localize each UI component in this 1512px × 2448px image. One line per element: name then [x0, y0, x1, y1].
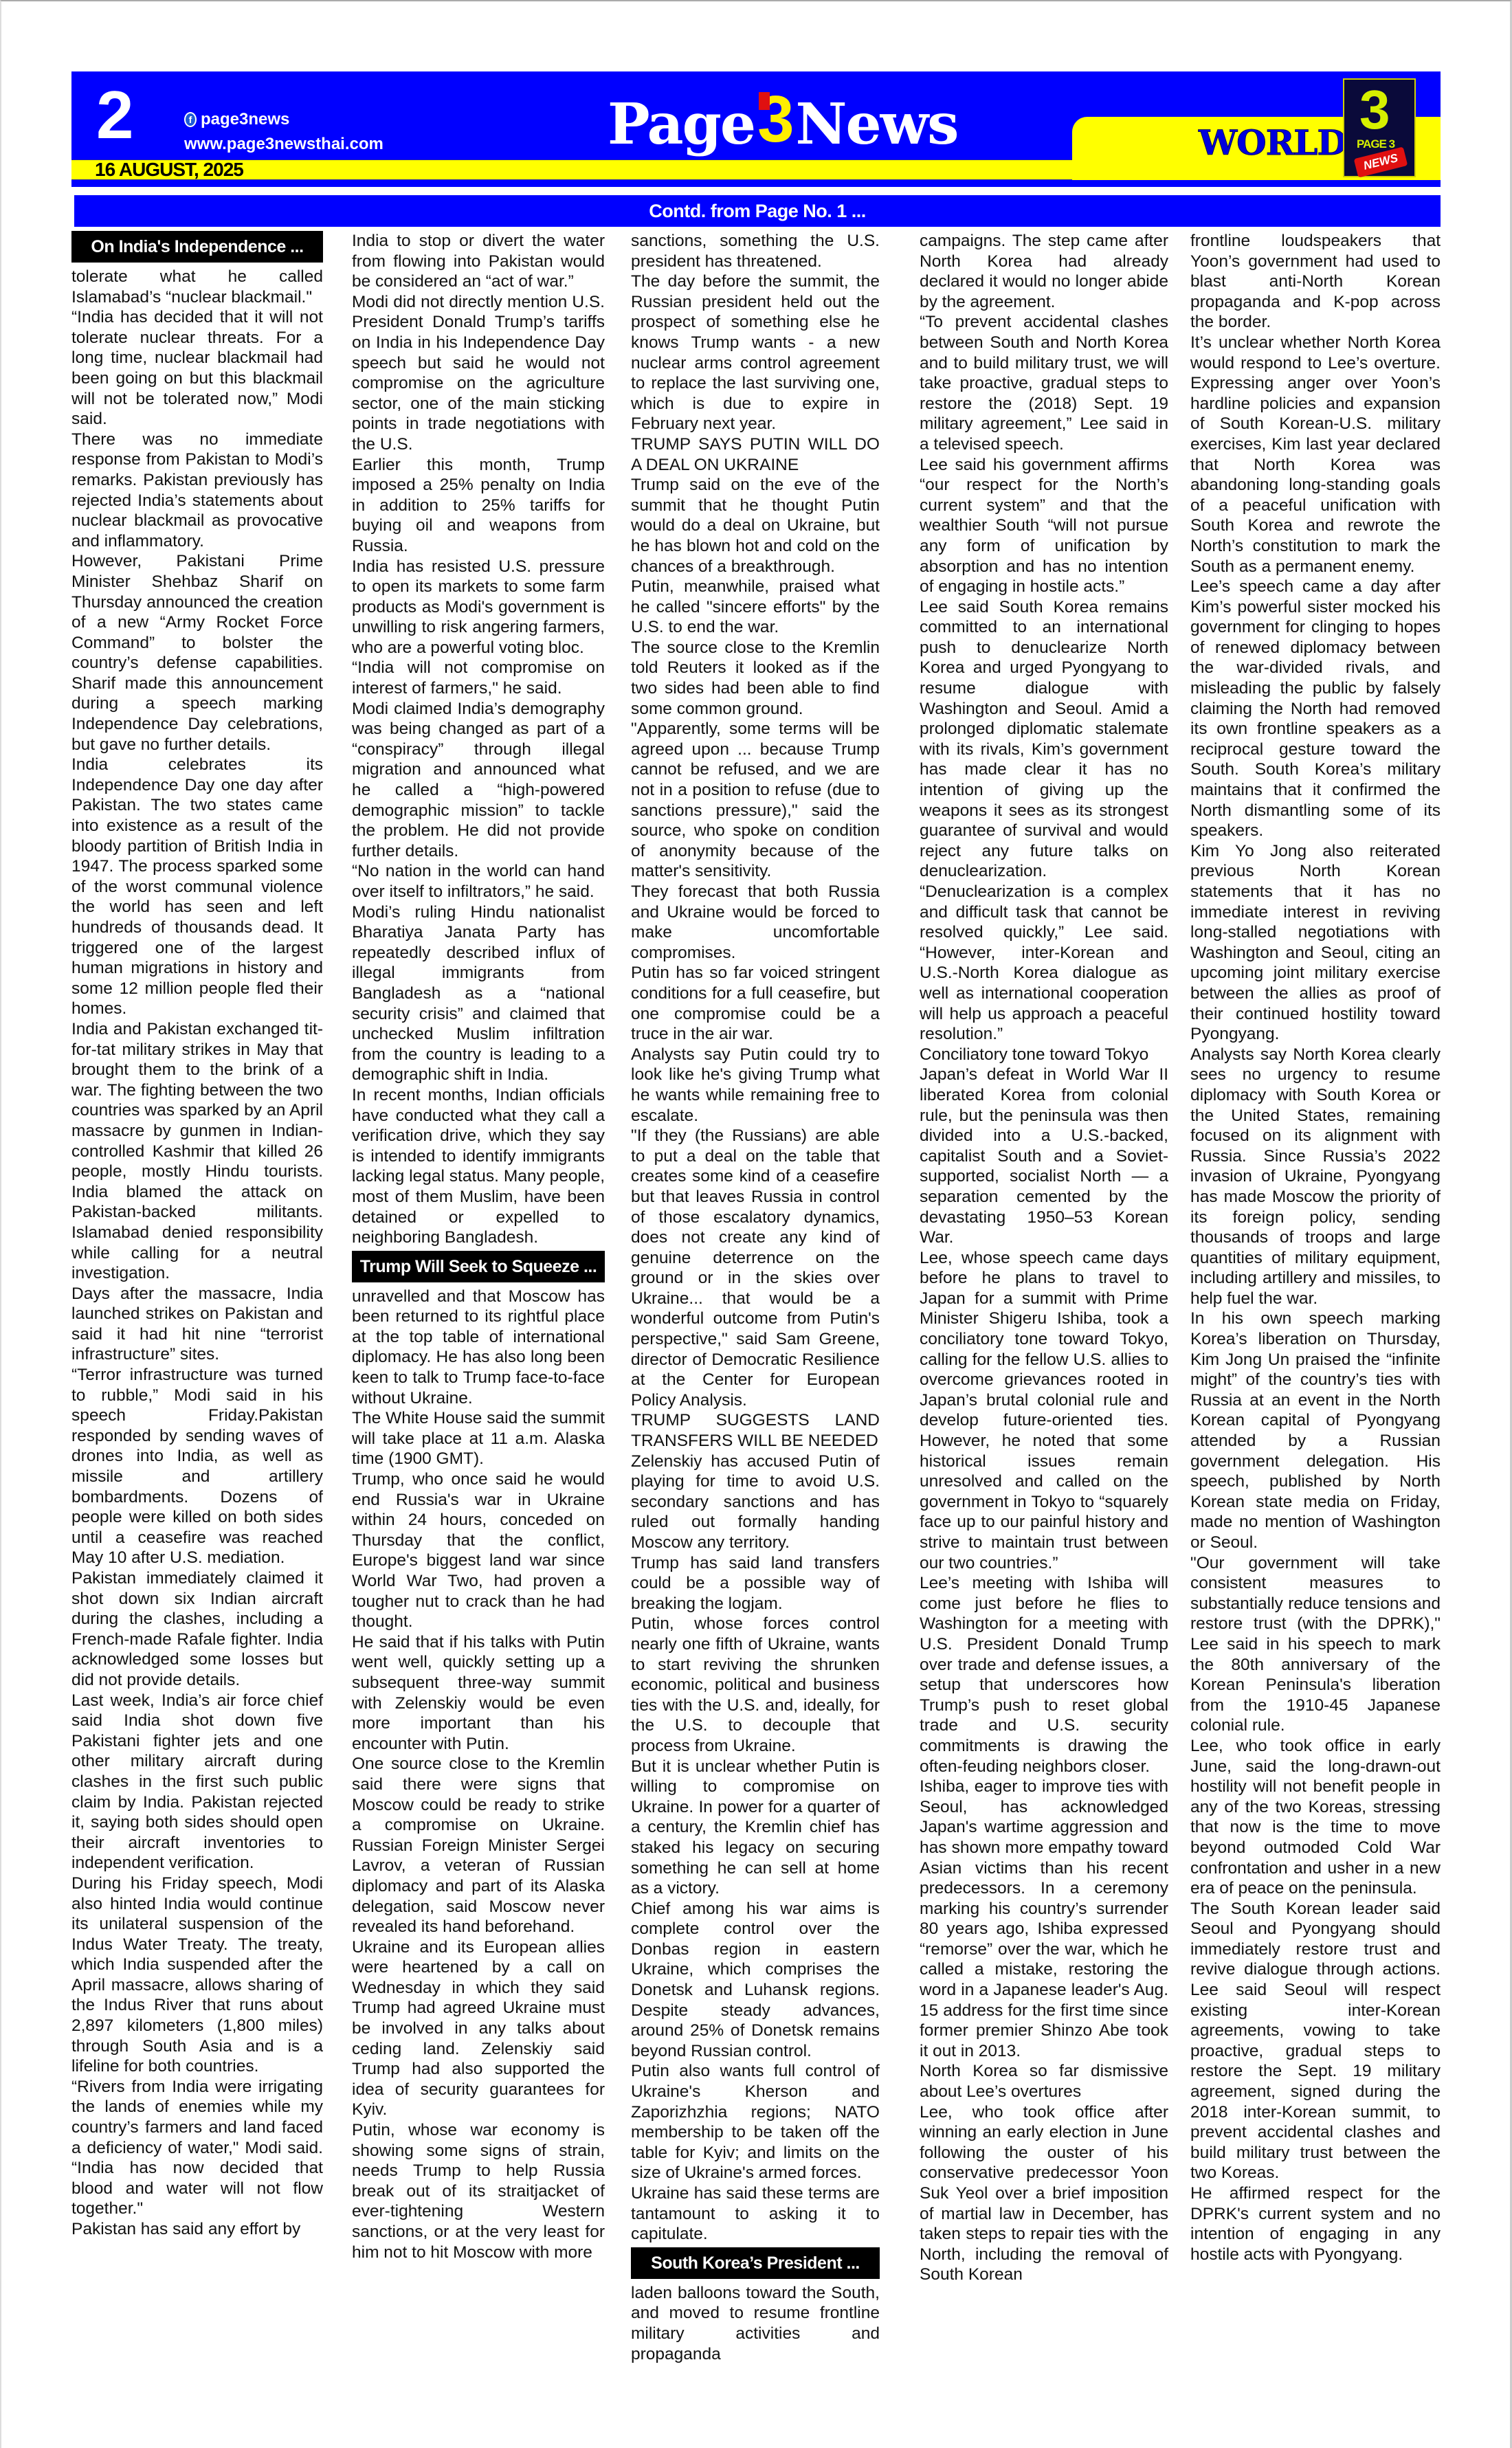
page-number: 2: [96, 81, 134, 148]
newspaper-logo: Page 3 News: [608, 84, 957, 153]
article-paragraph: Zelenskiy has accused Putin of playing f…: [631, 1451, 880, 1553]
logo-number: 3: [757, 87, 792, 153]
article-paragraph: Putin, whose war economy is showing some…: [352, 2120, 605, 2262]
column-1: On India's Independence ... tolerate wha…: [71, 231, 323, 2240]
article-paragraph: Days after the massacre, India launched …: [71, 1284, 323, 1365]
article-paragraph: Trump has said land transfers could be a…: [631, 1553, 880, 1614]
column-3-body: sanctions, something the U.S. president …: [631, 231, 880, 2245]
column-4-body: campaigns. The step came after North Kor…: [920, 231, 1168, 2285]
article-paragraph: Last week, India’s air force chief said …: [71, 1691, 323, 1873]
issue-date: 16 AUGUST, 2025: [95, 159, 243, 180]
badge-news-tag: NEWS: [1354, 146, 1408, 177]
article-paragraph: Ishiba, eager to improve ties with Seoul…: [920, 1777, 1168, 2061]
article-paragraph: They forecast that both Russia and Ukrai…: [631, 882, 880, 963]
article-paragraph: Ukraine has said these terms are tantamo…: [631, 2183, 880, 2245]
article-paragraph: Lee’s speech came a day after Kim’s powe…: [1190, 577, 1441, 841]
column-4: campaigns. The step came after North Kor…: [920, 231, 1168, 2285]
article-paragraph: “Denuclearization is a complex and diffi…: [920, 882, 1168, 1045]
facebook-icon: f: [184, 112, 197, 127]
article-paragraph: frontline loudspeakers that Yoon’s gover…: [1190, 231, 1441, 333]
column-2: India to stop or divert the water from f…: [352, 231, 605, 2262]
facebook-handle: page3news: [201, 111, 289, 128]
article-paragraph: The White House said the summit will tak…: [352, 1408, 605, 1469]
column-3: sanctions, something the U.S. president …: [631, 231, 880, 2364]
article-paragraph: In recent months, Indian officials have …: [352, 1085, 605, 1248]
column-5: frontline loudspeakers that Yoon’s gover…: [1190, 231, 1441, 2265]
article-paragraph: Kim Yo Jong also reiterated previous Nor…: [1190, 841, 1441, 1045]
article-paragraph: Putin has so far voiced stringent condit…: [631, 963, 880, 1044]
column-1-body: tolerate what he called Islamabad’s “nuc…: [71, 267, 323, 2240]
article-paragraph: Chief among his war aims is complete con…: [631, 1899, 880, 2062]
article-paragraph: Conciliatory tone toward Tokyo: [920, 1045, 1168, 1065]
article-paragraph: Pakistan immediately claimed it shot dow…: [71, 1568, 323, 1691]
article-paragraph: The South Korean leader said Seoul and P…: [1190, 1899, 1441, 2183]
article-paragraph: Modi did not directly mention U.S. Presi…: [352, 292, 605, 455]
article-paragraph: Japan’s defeat in World War II liberated…: [920, 1065, 1168, 1247]
article-paragraph: Lee, who took office after winning an ea…: [920, 2102, 1168, 2285]
article-paragraph: During his Friday speech, Modi also hint…: [71, 1873, 323, 2077]
column-3-body-after: laden balloons toward the South, and mov…: [631, 2283, 880, 2364]
article-paragraph: “India will not compromise on interest o…: [352, 658, 605, 698]
kicker-south-korea-president: South Korea’s President ...: [631, 2247, 880, 2279]
masthead: 2 f page3news www.page3newsthai.com 16 A…: [71, 71, 1441, 187]
article-paragraph: However, Pakistani Prime Minister Shehba…: [71, 551, 323, 755]
badge-label: PAGE 3: [1357, 137, 1394, 151]
article-paragraph: unravelled and that Moscow has been retu…: [352, 1287, 605, 1409]
article-paragraph: Lee’s meeting with Ishiba will come just…: [920, 1573, 1168, 1777]
article-paragraph: tolerate what he called Islamabad’s “nuc…: [71, 267, 323, 307]
article-paragraph: India has resisted U.S. pressure to open…: [352, 557, 605, 658]
article-paragraph: Trump, who once said he would end Russia…: [352, 1469, 605, 1632]
article-paragraph: The day before the summit, the Russian p…: [631, 271, 880, 434]
badge-number: 3: [1359, 82, 1390, 137]
section-label: WORLD: [1199, 122, 1346, 163]
article-paragraph: Putin, meanwhile, praised what he called…: [631, 577, 880, 638]
article-paragraph: Pakistan has said any effort by: [71, 2219, 323, 2240]
article-paragraph: Modi’s ruling Hindu nationalist Bharatiy…: [352, 902, 605, 1085]
article-paragraph: Lee, whose speech came days before he pl…: [920, 1248, 1168, 1574]
article-paragraph: "Our government will take consistent mea…: [1190, 1553, 1441, 1736]
article-paragraph: India and Pakistan exchanged tit-for-tat…: [71, 1019, 323, 1284]
website-link[interactable]: www.page3newsthai.com: [184, 136, 383, 153]
article-paragraph: Lee, who took office in early June, said…: [1190, 1736, 1441, 1899]
article-paragraph: North Korea so far dismissive about Lee’…: [920, 2061, 1168, 2102]
article-paragraph: There was no immediate response from Pak…: [71, 430, 323, 552]
kicker-india-independence: On India's Independence ...: [71, 231, 323, 263]
article-paragraph: In his own speech marking Korea’s libera…: [1190, 1309, 1441, 1553]
article-paragraph: "If they (the Russians) are able to put …: [631, 1126, 880, 1410]
column-5-body: frontline loudspeakers that Yoon’s gover…: [1190, 231, 1441, 2265]
article-paragraph: laden balloons toward the South, and mov…: [631, 2283, 880, 2364]
article-paragraph: Putin, whose forces control nearly one f…: [631, 1614, 880, 1756]
logo-text-news: News: [796, 96, 958, 153]
article-paragraph: It’s unclear whether North Korea would r…: [1190, 333, 1441, 577]
article-paragraph: TRUMP SAYS PUTIN WILL DO A DEAL ON UKRAI…: [631, 434, 880, 475]
article-paragraph: India celebrates its Independence Day on…: [71, 755, 323, 1019]
article-paragraph: Ukraine and its European allies were hea…: [352, 1937, 605, 2120]
article-paragraph: Trump said on the eve of the summit that…: [631, 475, 880, 577]
kicker-trump-squeeze: Trump Will Seek to Squeeze ...: [352, 1251, 605, 1282]
article-paragraph: “Rivers from India were irrigating the l…: [71, 2077, 323, 2219]
article-paragraph: He said that if his talks with Putin wen…: [352, 1632, 605, 1755]
article-paragraph: But it is unclear whether Putin is willi…: [631, 1757, 880, 1899]
article-paragraph: Modi claimed India’s demography was bein…: [352, 699, 605, 862]
article-paragraph: India to stop or divert the water from f…: [352, 231, 605, 292]
column-2-body: India to stop or divert the water from f…: [352, 231, 605, 1248]
article-paragraph: Putin also wants full control of Ukraine…: [631, 2061, 880, 2183]
article-paragraph: Lee said South Korea remains committed t…: [920, 597, 1168, 882]
article-paragraph: “Terror infrastructure was turned to rub…: [71, 1365, 323, 1568]
column-2-body-after: unravelled and that Moscow has been retu…: [352, 1287, 605, 2263]
article-paragraph: sanctions, something the U.S. president …: [631, 231, 880, 271]
article-paragraph: "Apparently, some terms will be agreed u…: [631, 719, 880, 882]
article-paragraph: Lee said his government affirms “our res…: [920, 455, 1168, 597]
article-paragraph: Analysts say Putin could try to look lik…: [631, 1045, 880, 1126]
article-paragraph: One source close to the Kremlin said the…: [352, 1754, 605, 1937]
article-paragraph: Analysts say North Korea clearly sees no…: [1190, 1045, 1441, 1309]
brand-badge: 3 PAGE 3 NEWS: [1343, 78, 1416, 177]
article-paragraph: campaigns. The step came after North Kor…: [920, 231, 1168, 312]
article-paragraph: He affirmed respect for the DPRK's curre…: [1190, 2183, 1441, 2265]
article-paragraph: “No nation in the world can hand over it…: [352, 861, 605, 902]
article-paragraph: The source close to the Kremlin told Reu…: [631, 638, 880, 719]
article-paragraph: TRUMP SUGGESTS LAND TRANSFERS WILL BE NE…: [631, 1410, 880, 1451]
continued-banner: Contd. from Page No. 1 ...: [74, 195, 1441, 227]
logo-text-page: Page: [608, 96, 755, 153]
article-paragraph: “To prevent accidental clashes between S…: [920, 312, 1168, 454]
article-paragraph: Earlier this month, Trump imposed a 25% …: [352, 455, 605, 557]
article-paragraph: “India has decided that it will not tole…: [71, 307, 323, 430]
facebook-link[interactable]: f page3news: [184, 111, 289, 128]
